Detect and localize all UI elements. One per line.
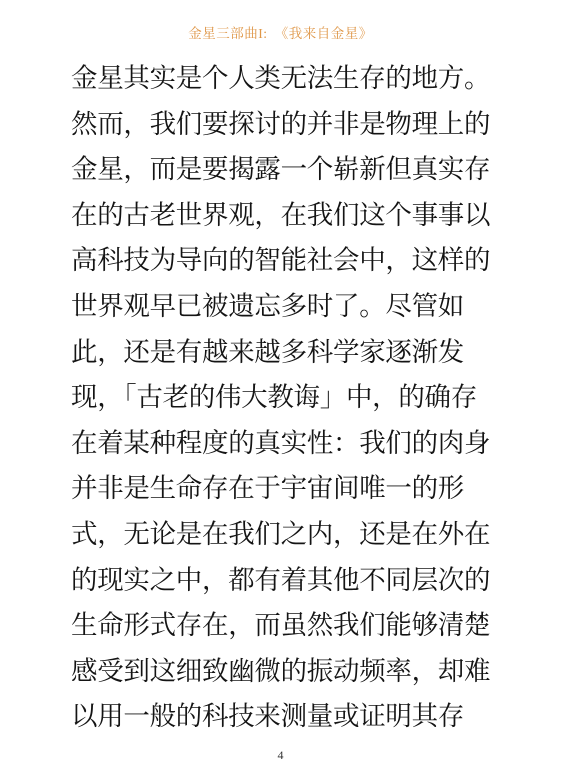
body-line: 高科技为导向的智能社会中，这样的 [71, 238, 493, 284]
running-header: 金星三部曲I: 《我来自金星》 [0, 22, 561, 42]
body-line: 金星其实是个人类无法生存的地方。 [71, 56, 493, 102]
body-line: 在的古老世界观，在我们这个事事以 [71, 193, 493, 239]
body-line: 世界观早已被遗忘多时了。尽管如 [71, 284, 493, 330]
body-line: 感受到这细致幽微的振动频率，却难 [71, 649, 493, 695]
body-line: 并非是生命存在于宇宙间唯一的形 [71, 466, 493, 512]
body-line: 金星，而是要揭露一个崭新但真实存 [71, 147, 493, 193]
body-line: 现，「古老的伟大教诲」中，的确存 [71, 375, 493, 421]
body-line: 生命形式存在，而虽然我们能够清楚 [71, 603, 493, 649]
body-line: 的现实之中，都有着其他不同层次的 [71, 558, 493, 604]
body-line: 在着某种程度的真实性：我们的肉身 [71, 421, 493, 467]
body-line: 此，还是有越来越多科学家逐渐发 [71, 330, 493, 376]
body-line: 式，无论是在我们之内，还是在外在 [71, 512, 493, 558]
page-number: 4 [0, 748, 561, 763]
document-page: 金星三部曲I: 《我来自金星》 金星其实是个人类无法生存的地方。 然而，我们要探… [0, 0, 561, 782]
body-line: 以用一般的科技来测量或证明其存 [71, 694, 493, 740]
body-text: 金星其实是个人类无法生存的地方。 然而，我们要探讨的并非是物理上的 金星，而是要… [71, 56, 493, 740]
body-line: 然而，我们要探讨的并非是物理上的 [71, 102, 493, 148]
